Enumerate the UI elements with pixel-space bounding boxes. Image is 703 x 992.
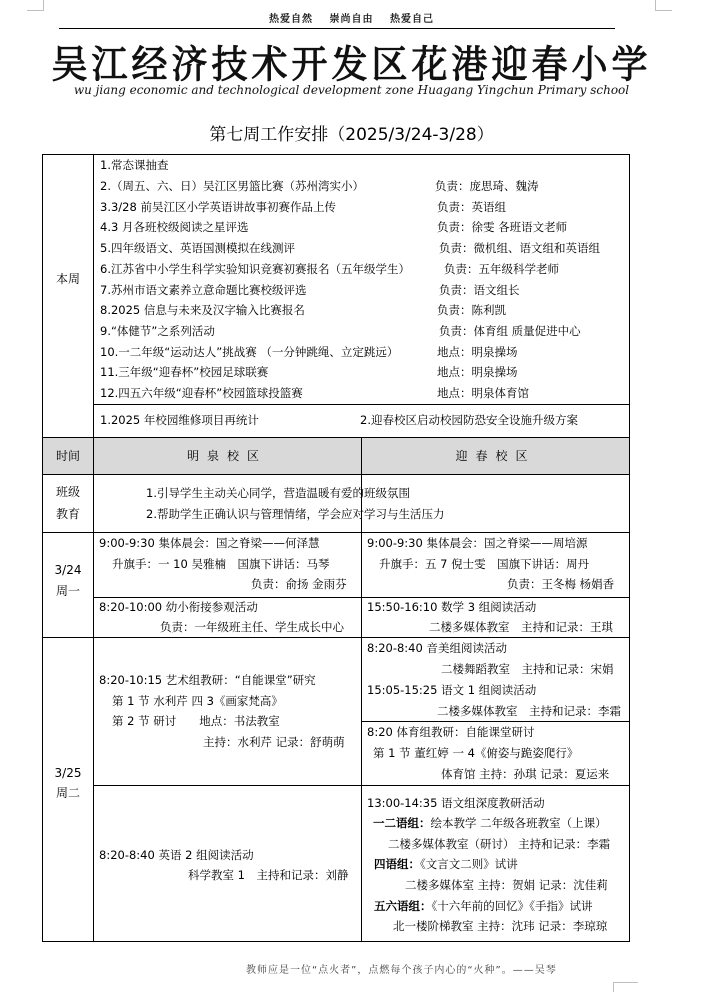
header-time: 时间 [43, 445, 93, 467]
list-item: 12.四五六年级“迎春杯”校园篮球投篮赛 [100, 386, 303, 400]
list-item-owner: 负责：微机组、语文组和英语组 [439, 241, 600, 255]
list-item: 2.（周五、六、日）吴江区男篮比赛（苏州湾实小） [100, 179, 364, 193]
event-line: 13:00-14:35 语文组深度教研活动 [367, 796, 545, 810]
divider [361, 721, 630, 722]
divider [93, 404, 630, 405]
day-weekday: 周一 [43, 584, 93, 598]
school-name-en: wu jiang economic and technological deve… [0, 83, 703, 97]
motto-part: 热爱自己 [390, 14, 434, 25]
divider [42, 637, 630, 638]
this-week-label: 本周 [43, 268, 93, 290]
list-item: 4.3 月各班校级阅读之星评选 [100, 220, 248, 234]
class-education-item: 2.帮助学生正确认识与管理情绪，学会应对学习与生活压力 [146, 507, 444, 521]
list-item: 7.苏州市语文素养立意命题比赛校级评选 [100, 283, 306, 297]
list-item: 3.3/28 前吴江区小学英语讲故事初赛作品上传 [100, 200, 336, 214]
event-line: 升旗手：五 7 倪士雯 国旗下讲话：周丹 [379, 557, 589, 571]
list-item: 5.四年级语文、英语国测模拟在线测评 [100, 241, 295, 255]
event-line: 负责：一年级班主任、学生成长中心 [160, 620, 344, 634]
list-item: 11.三年级“迎春杯”校园足球联赛 [100, 365, 268, 379]
group-label: 四语组： [374, 857, 420, 871]
list-item-owner: 负责：五年级科学老师 [444, 262, 559, 276]
page-corner-mark [613, 982, 638, 992]
event-line: 二楼多媒体教室 主持和记录：李霜 [437, 704, 621, 718]
motto-part: 热爱自然 [269, 14, 313, 25]
event-line: 负责：王冬梅 杨娟香 [507, 577, 614, 591]
event-line: 二楼多媒体教室 主持和记录：王琪 [429, 620, 613, 634]
list-item-owner: 负责：徐雯 各班语文老师 [437, 220, 567, 234]
list-item: 6.江苏省中小学生科学实验知识竞赛初赛报名（五年级学生） [100, 262, 410, 276]
header-campus-mingquan: 明泉校区 [93, 449, 361, 463]
extra-item: 2.迎春校区启动校园防恐安全设施升级方案 [360, 413, 578, 427]
motto-part: 崇尚自由 [330, 14, 374, 25]
event-line: 8:20-8:40 英语 2 组阅读活动 [99, 848, 254, 862]
event-line: 科学教室 1 主持和记录：刘静 [188, 868, 348, 882]
event-line: 8:20-10:15 艺术组教研：“自能课堂”研究 [99, 673, 316, 687]
list-item-owner: 负责：体育组 质量促进中心 [439, 324, 581, 338]
header-campus-yingchun: 迎春校区 [361, 449, 630, 463]
list-item-location: 地点：明泉操场 [437, 365, 518, 379]
day-date: 3/24 [43, 563, 93, 577]
group-label: 五六语组： [374, 899, 432, 913]
list-item: 10.一二年级“运动达人”挑战赛 （一分钟跳绳、立定跳远） [100, 345, 398, 359]
class-education-item: 1.引导学生主动关心同学，营造温暖有爱的班级氛围 [146, 486, 410, 500]
school-name-cn: 吴江经济技术开发区花港迎春小学 [0, 36, 703, 90]
group-detail: 绘本教学 二年级各班教室（上课） [431, 816, 607, 830]
divider [42, 437, 630, 438]
header-rule [59, 28, 615, 29]
event-line: 8:20-10:00 幼小衔接参观活动 [99, 600, 258, 614]
group-detail: 《文言文二则》试讲 [420, 857, 518, 871]
group-detail: 《十六年前的回忆》《手指》试讲 [432, 899, 593, 913]
event-line: 8:20 体育组教研：自能课堂研讨 [367, 725, 534, 739]
event-line: 第 1 节 水利芹 四 3《画家梵高》 [112, 694, 283, 708]
page-title: 第七周工作安排（2025/3/24-3/28） [0, 120, 703, 145]
event-line: 二楼舞蹈教室 主持和记录：宋娟 [441, 662, 614, 676]
day-weekday: 周二 [43, 786, 93, 800]
footer-quote: 教师应是一位“点火者”，点燃每个孩子内心的“火种”。——吴琴 [246, 961, 557, 976]
list-item-location: 地点：明泉操场 [437, 345, 518, 359]
list-item-owner: 负责：语文组长 [439, 283, 520, 297]
event-line: 二楼多媒体室 主持：贺娟 记录：沈佳莉 [405, 878, 608, 892]
school-motto: 热爱自然 崇尚自由 热爱自己 [0, 10, 703, 25]
event-line: 第 2 节 研讨 地点：书法教室 [112, 714, 280, 728]
list-item-owner: 负责：陈利凯 [437, 303, 506, 317]
class-education-label: 班级 [43, 481, 93, 503]
event-line: 主持：水利芹 记录：舒萌萌 [203, 735, 345, 749]
extra-item: 1.2025 年校园维修项目再统计 [100, 413, 259, 427]
divider [42, 532, 630, 533]
event-line: 9:00-9:30 集体晨会：国之脊梁——周培源 [367, 536, 587, 550]
event-line: 体育馆 主持：孙琪 记录：夏运来 [441, 767, 609, 781]
list-item-location: 地点：明泉体育馆 [437, 386, 529, 400]
event-line: 四语组：《文言文二则》试讲 [374, 857, 518, 871]
event-line: 北一楼阶梯教室 主持：沈玮 记录：李琼琼 [393, 919, 607, 933]
event-line: 15:05-15:25 语文 1 组阅读活动 [367, 683, 536, 697]
day-date: 3/25 [43, 766, 93, 780]
event-line: 15:50-16:10 数学 3 组阅读活动 [367, 600, 536, 614]
event-line: 升旗手：一 10 吴雅楠 国旗下讲话：马琴 [112, 557, 329, 571]
class-education-label: 教育 [43, 503, 93, 525]
divider [93, 154, 94, 942]
list-item-owner: 负责：英语组 [437, 200, 506, 214]
list-item: 8.2025 信息与未来及汉字输入比赛报名 [100, 303, 305, 317]
event-line: 五六语组：《十六年前的回忆》《手指》试讲 [374, 899, 593, 913]
divider [93, 785, 630, 786]
divider [42, 474, 630, 475]
event-line: 负责：俞扬 金雨芬 [251, 577, 347, 591]
event-line: 8:20-8:40 音美组阅读活动 [367, 641, 507, 655]
event-line: 一二语组：绘本教学 二年级各班教室（上课） [373, 816, 607, 830]
event-line: 第 1 节 董红婷 一 4《俯姿与跪姿爬行》 [373, 746, 578, 760]
list-item: 1.常态课抽查 [100, 158, 168, 172]
event-line: 二楼多媒体教室（研讨） 主持和记录：李霜 [388, 837, 610, 851]
list-item-owner: 负责：庞思琦、魏涛 [435, 179, 539, 193]
group-label: 一二语组： [373, 816, 431, 830]
list-item: 9.“体健节”之系列活动 [100, 324, 215, 338]
event-line: 9:00-9:30 集体晨会：国之脊梁——何泽慧 [99, 536, 319, 550]
divider [93, 597, 630, 598]
